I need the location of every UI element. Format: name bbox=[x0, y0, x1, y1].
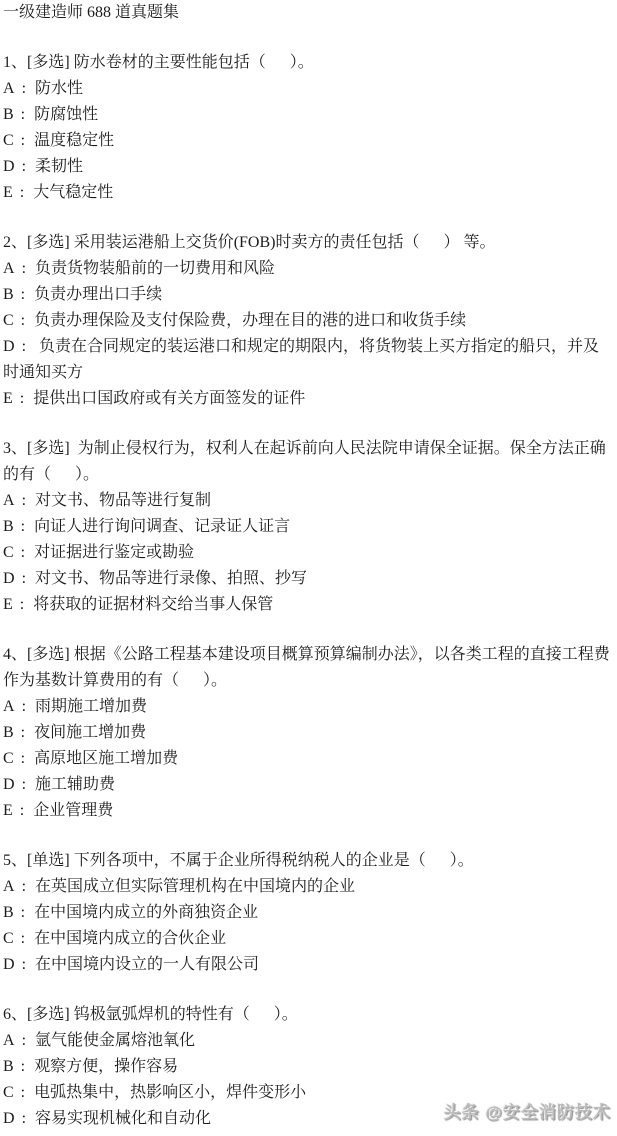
option-separator-colon: : bbox=[13, 596, 33, 613]
option-row: D: 负责在合同规定的装运港口和规定的期限内，将货物装上买方指定的船只，并及时通… bbox=[3, 334, 615, 386]
option-text: 对证据进行鉴定或勘验 bbox=[34, 544, 194, 561]
option-row: C:负责办理保险及支付保险费，办理在目的港的进口和收货手续 bbox=[3, 308, 615, 334]
question-number: 2、 bbox=[3, 234, 27, 251]
option-label: D bbox=[3, 338, 15, 355]
option-separator-colon: : bbox=[14, 132, 34, 149]
option-separator-colon: : bbox=[14, 930, 34, 947]
question-stem: 5、[单选] 下列各项中，不属于企业所得税纳税人的企业是（ ）。 bbox=[3, 848, 615, 874]
option-text: 负责货物装船前的一切费用和风险 bbox=[35, 260, 275, 277]
option-label: A bbox=[3, 260, 15, 277]
option-row: B:向证人进行询问调查、记录证人证言 bbox=[3, 514, 615, 540]
option-label: E bbox=[3, 184, 13, 201]
option-row: C:高原地区施工增加费 bbox=[3, 746, 615, 772]
option-label: A bbox=[3, 698, 15, 715]
option-text: 高原地区施工增加费 bbox=[34, 750, 178, 767]
option-label: C bbox=[3, 132, 14, 149]
option-separator-colon: : bbox=[15, 158, 35, 175]
question-stem: 1、[多选] 防水卷材的主要性能包括（ ）。 bbox=[3, 50, 615, 76]
option-text: 防腐蚀性 bbox=[34, 106, 98, 123]
option-text: 观察方便，操作容易 bbox=[34, 1058, 178, 1075]
option-separator-colon: : bbox=[15, 338, 35, 355]
question-text: 防水卷材的主要性能包括（ ）。 bbox=[70, 54, 314, 71]
option-label: D bbox=[3, 776, 15, 793]
option-label: B bbox=[3, 286, 14, 303]
option-separator-colon: : bbox=[14, 904, 34, 921]
option-text: 施工辅助费 bbox=[35, 776, 115, 793]
option-text: 企业管理费 bbox=[33, 802, 113, 819]
question-stem: 6、[多选] 钨极氩弧焊机的特性有（ ）。 bbox=[3, 1002, 615, 1028]
question-text: 根据《公路工程基本建设项目概算预算编制办法》，以各类工程的直接工程费作为基数计算… bbox=[3, 646, 610, 689]
option-label: B bbox=[3, 1058, 14, 1075]
question-type: [多选] bbox=[27, 54, 70, 71]
option-row: A:在英国成立但实际管理机构在中国境内的企业 bbox=[3, 874, 615, 900]
question-number: 1、 bbox=[3, 54, 27, 71]
option-row: C:对证据进行鉴定或勘验 bbox=[3, 540, 615, 566]
option-row: E:企业管理费 bbox=[3, 798, 615, 824]
option-text: 容易实现机械化和自动化 bbox=[35, 1110, 211, 1127]
option-row: E:大气稳定性 bbox=[3, 180, 615, 206]
option-separator-colon: : bbox=[15, 1032, 35, 1049]
option-row: B:负责办理出口手续 bbox=[3, 282, 615, 308]
option-label: E bbox=[3, 802, 13, 819]
question-block: 3、[多选] 为制止侵权行为，权利人在起诉前向人民法院申请保全证据。保全方法正确… bbox=[3, 436, 615, 618]
option-row: E:提供出口国政府或有关方面签发的证件 bbox=[3, 386, 615, 412]
option-text: 在中国境内成立的合伙企业 bbox=[34, 930, 226, 947]
option-text: 雨期施工增加费 bbox=[35, 698, 147, 715]
option-separator-colon: : bbox=[15, 492, 35, 509]
option-separator-colon: : bbox=[15, 570, 35, 587]
option-text: 提供出口国政府或有关方面签发的证件 bbox=[33, 390, 305, 407]
question-block: 5、[单选] 下列各项中，不属于企业所得税纳税人的企业是（ ）。 A:在英国成立… bbox=[3, 848, 615, 978]
option-text: 柔韧性 bbox=[35, 158, 83, 175]
question-type: [多选] bbox=[27, 646, 70, 663]
question-stem: 4、[多选] 根据《公路工程基本建设项目概算预算编制办法》，以各类工程的直接工程… bbox=[3, 642, 615, 694]
option-label: C bbox=[3, 1084, 14, 1101]
option-text: 对文书、物品等进行录像、拍照、抄写 bbox=[35, 570, 307, 587]
option-text: 电弧热集中，热影响区小，焊件变形小 bbox=[34, 1084, 306, 1101]
option-label: C bbox=[3, 544, 14, 561]
option-separator-colon: : bbox=[15, 956, 35, 973]
question-number: 3、 bbox=[3, 440, 27, 457]
option-row: D:柔韧性 bbox=[3, 154, 615, 180]
option-row: A:雨期施工增加费 bbox=[3, 694, 615, 720]
option-row: D:在中国境内设立的一人有限公司 bbox=[3, 952, 615, 978]
question-number: 6、 bbox=[3, 1006, 27, 1023]
question-type: [单选] bbox=[27, 852, 70, 869]
option-text: 负责办理出口手续 bbox=[34, 286, 162, 303]
option-label: C bbox=[3, 930, 14, 947]
option-separator-colon: : bbox=[14, 312, 34, 329]
question-stem: 3、[多选] 为制止侵权行为，权利人在起诉前向人民法院申请保全证据。保全方法正确… bbox=[3, 436, 615, 488]
option-row: A:防水性 bbox=[3, 76, 615, 102]
question-text: 为制止侵权行为，权利人在起诉前向人民法院申请保全证据。保全方法正确的有（ ）。 bbox=[3, 440, 606, 483]
document-title: 一级建造师 688 道真题集 bbox=[3, 0, 615, 26]
option-label: A bbox=[3, 80, 15, 97]
question-text: 钨极氩弧焊机的特性有（ ）。 bbox=[70, 1006, 298, 1023]
option-separator-colon: : bbox=[15, 260, 35, 277]
option-row: A:负责货物装船前的一切费用和风险 bbox=[3, 256, 615, 282]
option-separator-colon: : bbox=[14, 724, 34, 741]
option-row: A:对文书、物品等进行复制 bbox=[3, 488, 615, 514]
option-separator-colon: : bbox=[14, 106, 34, 123]
question-text: 下列各项中，不属于企业所得税纳税人的企业是（ ）。 bbox=[70, 852, 474, 869]
option-label: D bbox=[3, 1110, 15, 1127]
option-label: A bbox=[3, 1032, 15, 1049]
option-row: B:在中国境内成立的外商独资企业 bbox=[3, 900, 615, 926]
option-text: 对文书、物品等进行复制 bbox=[35, 492, 211, 509]
option-text: 温度稳定性 bbox=[34, 132, 114, 149]
option-separator-colon: : bbox=[14, 544, 34, 561]
question-block: 1、[多选] 防水卷材的主要性能包括（ ）。 A:防水性 B:防腐蚀性 C:温度… bbox=[3, 50, 615, 206]
question-type: [多选] bbox=[27, 1006, 70, 1023]
option-label: D bbox=[3, 956, 15, 973]
option-row: C:温度稳定性 bbox=[3, 128, 615, 154]
option-row: D:施工辅助费 bbox=[3, 772, 615, 798]
option-row: C:在中国境内成立的合伙企业 bbox=[3, 926, 615, 952]
option-text: 在中国境内成立的外商独资企业 bbox=[34, 904, 258, 921]
option-text: 氩气能使金属熔池氧化 bbox=[35, 1032, 195, 1049]
option-row: A:氩气能使金属熔池氧化 bbox=[3, 1028, 615, 1054]
option-label: B bbox=[3, 724, 14, 741]
option-label: D bbox=[3, 570, 15, 587]
question-type: [多选] bbox=[27, 234, 70, 251]
option-label: B bbox=[3, 106, 14, 123]
option-label: A bbox=[3, 492, 15, 509]
option-separator-colon: : bbox=[13, 802, 33, 819]
option-text: 将获取的证据材料交给当事人保管 bbox=[33, 596, 273, 613]
option-separator-colon: : bbox=[14, 1058, 34, 1075]
option-label: D bbox=[3, 158, 15, 175]
option-separator-colon: : bbox=[14, 750, 34, 767]
question-block: 2、[多选] 采用装运港船上交货价(FOB)时卖方的责任包括（ ） 等。 A:负… bbox=[3, 230, 615, 412]
document-page: 一级建造师 688 道真题集 1、[多选] 防水卷材的主要性能包括（ ）。 A:… bbox=[3, 0, 615, 1132]
question-block: 4、[多选] 根据《公路工程基本建设项目概算预算编制办法》，以各类工程的直接工程… bbox=[3, 642, 615, 824]
option-text: 夜间施工增加费 bbox=[34, 724, 146, 741]
option-separator-colon: : bbox=[15, 1110, 35, 1127]
option-text: 负责办理保险及支付保险费，办理在目的港的进口和收货手续 bbox=[34, 312, 466, 329]
option-separator-colon: : bbox=[14, 1084, 34, 1101]
option-separator-colon: : bbox=[15, 776, 35, 793]
option-label: E bbox=[3, 596, 13, 613]
option-text: 向证人进行询问调查、记录证人证言 bbox=[34, 518, 290, 535]
option-row: E:将获取的证据材料交给当事人保管 bbox=[3, 592, 615, 618]
option-label: E bbox=[3, 390, 13, 407]
option-separator-colon: : bbox=[14, 518, 34, 535]
option-row: B:夜间施工增加费 bbox=[3, 720, 615, 746]
option-row: B:防腐蚀性 bbox=[3, 102, 615, 128]
option-separator-colon: : bbox=[13, 390, 33, 407]
option-row: B:观察方便，操作容易 bbox=[3, 1054, 615, 1080]
question-text: 采用装运港船上交货价(FOB)时卖方的责任包括（ ） 等。 bbox=[70, 234, 496, 251]
option-separator-colon: : bbox=[15, 698, 35, 715]
option-label: C bbox=[3, 750, 14, 767]
question-number: 5、 bbox=[3, 852, 27, 869]
option-text: 大气稳定性 bbox=[33, 184, 113, 201]
question-type: [多选] bbox=[27, 440, 70, 457]
option-text: 在中国境内设立的一人有限公司 bbox=[35, 956, 259, 973]
option-label: B bbox=[3, 518, 14, 535]
option-separator-colon: : bbox=[15, 80, 35, 97]
option-label: C bbox=[3, 312, 14, 329]
option-separator-colon: : bbox=[14, 286, 34, 303]
option-text: 防水性 bbox=[35, 80, 83, 97]
option-text: 在英国成立但实际管理机构在中国境内的企业 bbox=[35, 878, 355, 895]
question-number: 4、 bbox=[3, 646, 27, 663]
option-label: B bbox=[3, 904, 14, 921]
question-list: 1、[多选] 防水卷材的主要性能包括（ ）。 A:防水性 B:防腐蚀性 C:温度… bbox=[3, 50, 615, 1132]
question-stem: 2、[多选] 采用装运港船上交货价(FOB)时卖方的责任包括（ ） 等。 bbox=[3, 230, 615, 256]
option-row: D:对文书、物品等进行录像、拍照、抄写 bbox=[3, 566, 615, 592]
watermark: 头条 @安全消防技术 bbox=[444, 1100, 611, 1126]
option-separator-colon: : bbox=[13, 184, 33, 201]
option-label: A bbox=[3, 878, 15, 895]
option-separator-colon: : bbox=[15, 878, 35, 895]
option-text: 负责在合同规定的装运港口和规定的期限内，将货物装上买方指定的船只，并及时通知买方 bbox=[3, 338, 599, 381]
